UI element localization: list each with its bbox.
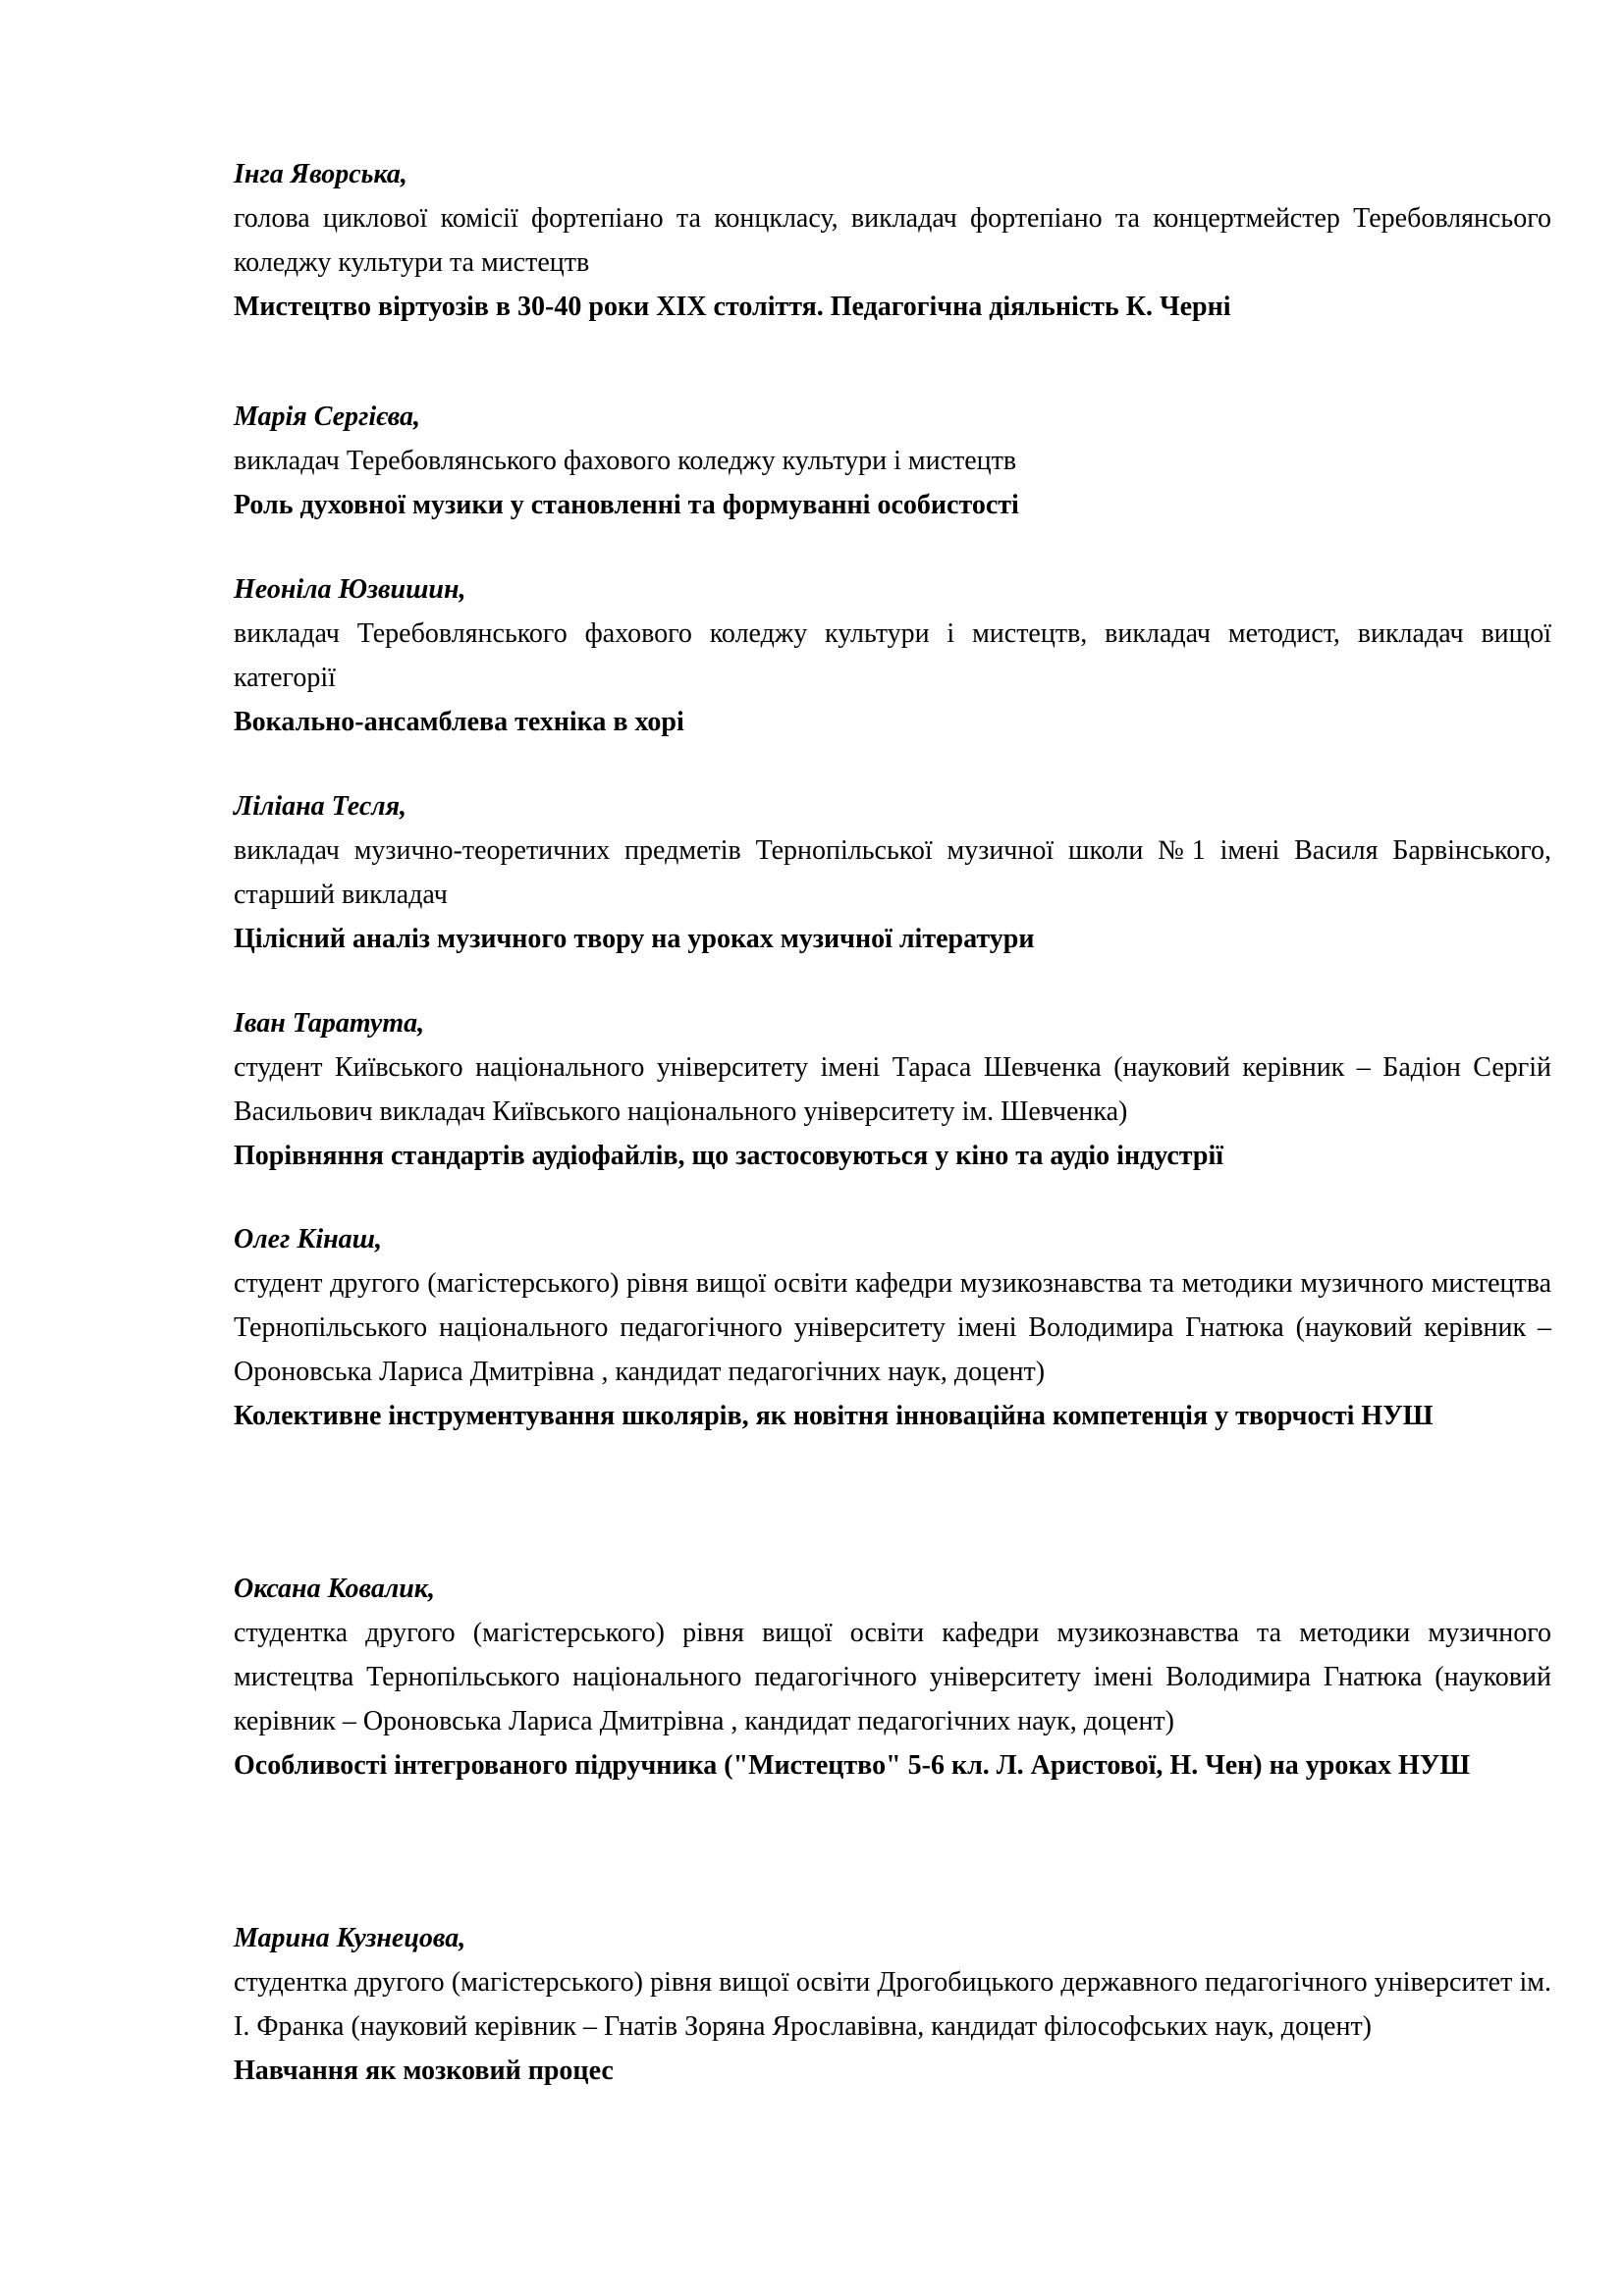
speaker-entry: Марина Кузнецова, студентка другого (маг… <box>234 1916 1551 2093</box>
speaker-affiliation: студентка другого (магістерського) рівня… <box>234 1611 1551 1743</box>
talk-title: Цілісний аналіз музичного твору на урока… <box>234 917 1551 961</box>
speaker-entry: Неоніла Юзвишин, викладач Теребовлянсько… <box>234 567 1551 744</box>
speaker-affiliation: студент Київського національного універс… <box>234 1045 1551 1134</box>
talk-title: Мистецтво віртуозів в 30-40 роки XIX сто… <box>234 285 1551 329</box>
speaker-name: Неоніла Юзвишин, <box>234 567 1551 612</box>
speaker-name: Марина Кузнецова, <box>234 1916 1551 1960</box>
talk-title: Навчання як мозковий процес <box>234 2049 1551 2093</box>
speaker-name: Іван Таратута, <box>234 1001 1551 1045</box>
speaker-affiliation: студентка другого (магістерського) рівня… <box>234 1960 1551 2049</box>
speaker-name: Ліліана Тесля, <box>234 784 1551 828</box>
speaker-affiliation: викладач музично-теоретичних предметів Т… <box>234 828 1551 917</box>
speaker-name: Оксана Ковалик, <box>234 1567 1551 1611</box>
speaker-name: Інга Яворська, <box>234 152 1551 196</box>
speaker-name: Олег Кінаш, <box>234 1217 1551 1261</box>
speaker-entry: Іван Таратута, студент Київського націон… <box>234 1001 1551 1178</box>
talk-title: Колективне інструментування школярів, як… <box>234 1394 1551 1438</box>
speaker-affiliation: голова циклової комісії фортепіано та ко… <box>234 196 1551 285</box>
speaker-affiliation: викладач Теребовлянського фахового колед… <box>234 612 1551 700</box>
speaker-affiliation: студент другого (магістерського) рівня в… <box>234 1261 1551 1394</box>
document-page: Інга Яворська, голова циклової комісії ф… <box>0 0 1624 2296</box>
talk-title: Роль духовної музики у становленні та фо… <box>234 483 1551 527</box>
speaker-entry: Олег Кінаш, студент другого (магістерськ… <box>234 1217 1551 1438</box>
speaker-entry: Інга Яворська, голова циклової комісії ф… <box>234 152 1551 329</box>
speaker-name: Марія Сергієва, <box>234 395 1551 439</box>
speaker-entry: Ліліана Тесля, викладач музично-теоретич… <box>234 784 1551 961</box>
speaker-entry: Марія Сергієва, викладач Теребовлянськог… <box>234 395 1551 527</box>
speaker-affiliation: викладач Теребовлянського фахового колед… <box>234 439 1551 483</box>
talk-title: Порівняння стандартів аудіофайлів, що за… <box>234 1134 1551 1178</box>
speaker-entry: Оксана Ковалик, студентка другого (магіс… <box>234 1567 1551 1788</box>
talk-title: Особливості інтегрованого підручника ("М… <box>234 1743 1551 1788</box>
talk-title: Вокально-ансамблева техніка в хорі <box>234 700 1551 744</box>
